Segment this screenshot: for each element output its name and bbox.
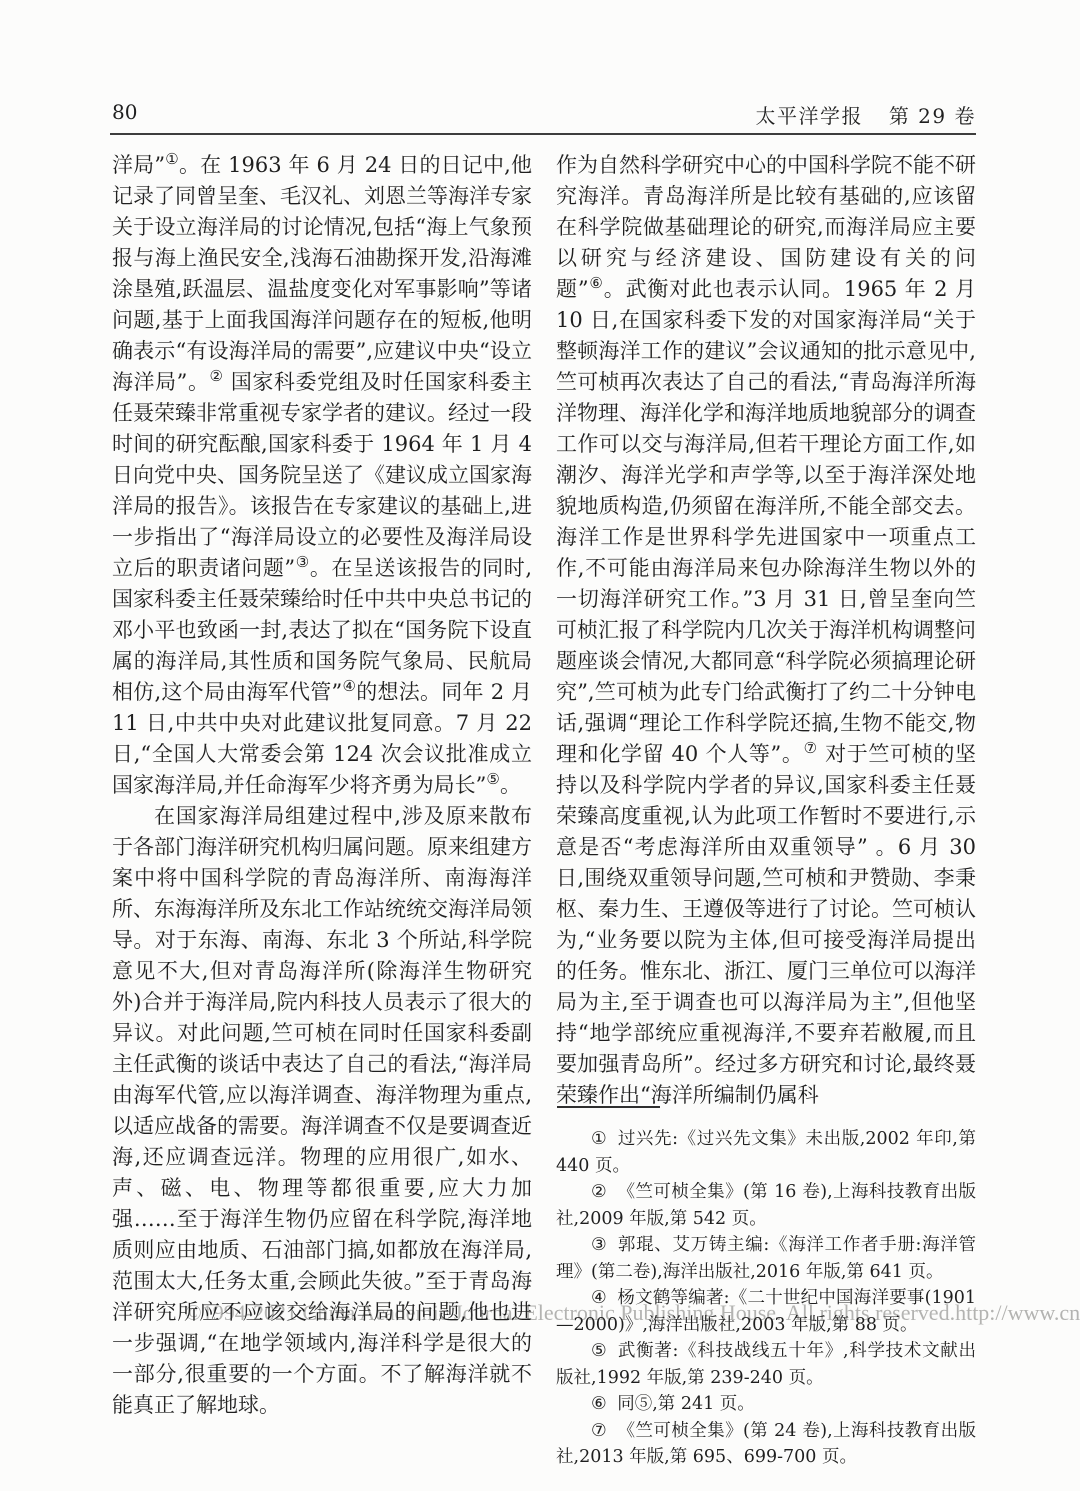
running-header: 太平洋学报 第 29 卷 xyxy=(755,100,976,129)
footnote-text: 武衡著:《科技战线五十年》,科学技术文献出版社,1992 年版,第 239-24… xyxy=(556,1341,976,1388)
footnote-ref: ③ xyxy=(295,553,310,571)
paragraph: 作为自然科学研究中心的中国科学院不能不研究海洋。青岛海洋所是比较有基础的,应该留… xyxy=(556,150,976,1111)
footnote-marker: ① xyxy=(591,1129,607,1149)
footnote-marker: ③ xyxy=(591,1235,607,1255)
footnote-text: 过兴先:《过兴先文集》未出版,2002 年印,第 440 页。 xyxy=(556,1129,976,1176)
footnote-marker: ⑤ xyxy=(591,1341,607,1361)
footnote-ref: ⑥ xyxy=(589,274,604,292)
footnote-marker: ④ xyxy=(591,1288,607,1308)
right-column: 作为自然科学研究中心的中国科学院不能不研究海洋。青岛海洋所是比较有基础的,应该留… xyxy=(556,150,976,1111)
footnote-separator xyxy=(557,1106,660,1108)
footnote-text: 《竺可桢全集》(第 24 卷),上海科技教育出版社,2013 年版,第 695、… xyxy=(556,1421,976,1468)
left-column: 洋局”①。在 1963 年 6 月 24 日的日记中,他记录了同曾呈奎、毛汉礼、… xyxy=(112,150,532,1421)
footnote: ⑦《竺可桢全集》(第 24 卷),上海科技教育出版社,2013 年版,第 695… xyxy=(556,1418,976,1471)
header-rule xyxy=(110,133,976,135)
footnote: ⑤武衡著:《科技战线五十年》,科学技术文献出版社,1992 年版,第 239-2… xyxy=(556,1338,976,1391)
footnote-ref: ① xyxy=(165,150,179,168)
footnote: ②《竺可桢全集》(第 16 卷),上海科技教育出版社,2009 年版,第 542… xyxy=(556,1179,976,1232)
footnote-marker: ② xyxy=(591,1182,607,1202)
journal-page: 80 太平洋学报 第 29 卷 ©1994-2021 China Academi… xyxy=(0,0,1080,1491)
footnote-ref: ⑦ xyxy=(804,739,818,757)
footnote-marker: ⑦ xyxy=(591,1421,607,1441)
footnote-text: 同⑤,第 241 页。 xyxy=(617,1394,755,1414)
footnote: ①过兴先:《过兴先文集》未出版,2002 年印,第 440 页。 xyxy=(556,1126,976,1179)
paragraph: 洋局”①。在 1963 年 6 月 24 日的日记中,他记录了同曾呈奎、毛汉礼、… xyxy=(112,150,532,801)
paragraph: 在国家海洋局组建过程中,涉及原来散布于各部门海洋研究机构归属问题。原来组建方案中… xyxy=(112,801,532,1421)
footnote-text: 杨文鹤等编著:《二十世纪中国海洋要事(1901—2000)》,海洋出版社,200… xyxy=(556,1288,976,1335)
footnote: ⑥同⑤,第 241 页。 xyxy=(556,1391,976,1418)
volume-label: 第 29 卷 xyxy=(889,104,976,128)
footnote-marker: ⑥ xyxy=(591,1394,607,1414)
footnote: ④杨文鹤等编著:《二十世纪中国海洋要事(1901—2000)》,海洋出版社,20… xyxy=(556,1285,976,1338)
footnote-text: 《竺可桢全集》(第 16 卷),上海科技教育出版社,2009 年版,第 542 … xyxy=(556,1182,976,1229)
footnote-text: 郭琨、艾万铸主编:《海洋工作者手册:海洋管理》(第二卷),海洋出版社,2016 … xyxy=(556,1235,976,1282)
journal-title: 太平洋学报 xyxy=(755,104,863,128)
page-number: 80 xyxy=(112,100,137,124)
footnote: ③郭琨、艾万铸主编:《海洋工作者手册:海洋管理》(第二卷),海洋出版社,2016… xyxy=(556,1232,976,1285)
footnote-ref: ⑤ xyxy=(486,770,500,788)
footnote-ref: ② xyxy=(210,367,224,385)
footnote-ref: ④ xyxy=(342,677,356,695)
footnotes-block: ①过兴先:《过兴先文集》未出版,2002 年印,第 440 页。②《竺可桢全集》… xyxy=(556,1126,976,1471)
